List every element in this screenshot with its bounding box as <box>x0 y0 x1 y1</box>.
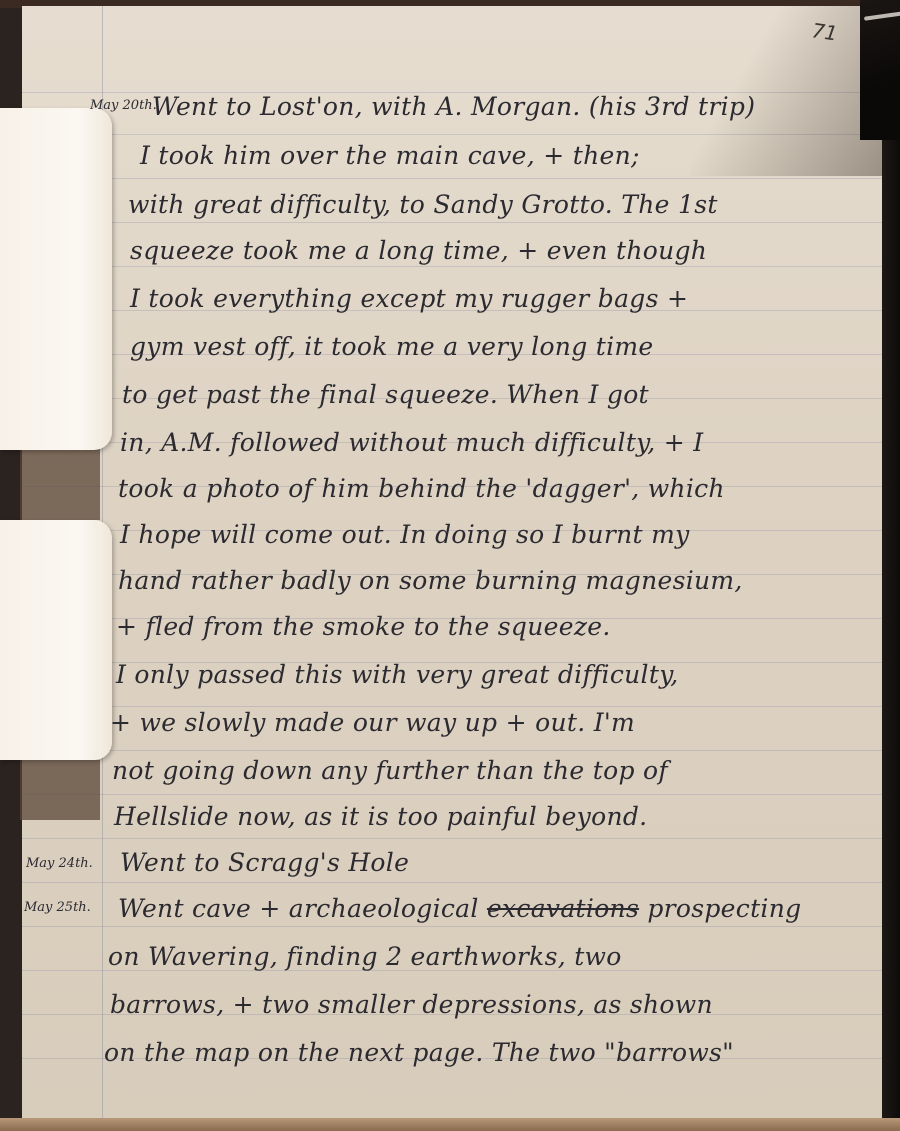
text-line: with great difficulty, to Sandy Grotto. … <box>128 190 718 219</box>
ruled-line <box>22 134 888 135</box>
struck-word: excavations <box>487 894 639 923</box>
text-line: hand rather badly on some burning magnes… <box>118 566 743 595</box>
entry-date: May 25th. <box>24 900 91 915</box>
text-line: I hope will come out. In doing so I burn… <box>120 520 690 549</box>
text-line: + fled from the smoke to the squeeze. <box>116 612 611 641</box>
ruled-line <box>22 882 888 883</box>
ruled-line <box>22 838 888 839</box>
desk-background-right <box>882 0 900 1131</box>
tab-shadow <box>20 760 100 820</box>
text-line: in, A.M. followed without much difficult… <box>120 428 703 457</box>
ruled-line <box>22 222 888 223</box>
text-line: I took everything except my rugger bags … <box>130 284 688 313</box>
entry-date: May 24th. <box>26 856 93 871</box>
ruled-line <box>22 706 888 707</box>
text-line: on the map on the next page. The two "ba… <box>104 1038 734 1067</box>
text-segment: Went cave + archaeological <box>118 894 479 923</box>
ruled-line <box>22 794 888 795</box>
ruled-line <box>22 266 888 267</box>
binder-clip <box>860 0 900 140</box>
index-tab[interactable] <box>0 520 112 760</box>
tab-shadow <box>20 440 100 520</box>
text-line: I took him over the main cave, + then; <box>140 141 640 170</box>
inserted-word: prospecting <box>647 894 801 923</box>
text-line: on Wavering, finding 2 earthworks, two <box>108 942 622 971</box>
ruled-line <box>22 926 888 927</box>
text-line: gym vest off, it took me a very long tim… <box>130 332 654 361</box>
text-line: I only passed this with very great diffi… <box>116 660 679 689</box>
index-tab[interactable] <box>0 108 112 450</box>
text-line: took a photo of him behind the 'dagger',… <box>118 474 725 503</box>
page-number: 71 <box>810 18 839 45</box>
text-line: Went to Lost'on, with A. Morgan. (his 3r… <box>152 92 755 121</box>
entry-date: May 20th. <box>90 98 157 113</box>
text-line: squeeze took me a long time, + even thou… <box>130 236 707 265</box>
page-bottom-edge <box>0 1118 900 1131</box>
text-line: Went to Scragg's Hole <box>120 848 409 877</box>
ruled-line <box>22 178 888 179</box>
text-line: barrows, + two smaller depressions, as s… <box>110 990 713 1019</box>
text-line: + we slowly made our way up + out. I'm <box>110 708 635 737</box>
ruled-line <box>22 750 888 751</box>
text-line: Hellslide now, as it is too painful beyo… <box>114 802 647 831</box>
text-line: Went cave + archaeological excavations p… <box>118 894 801 923</box>
text-line: to get past the final squeeze. When I go… <box>122 380 649 409</box>
text-line: not going down any further than the top … <box>112 756 668 785</box>
